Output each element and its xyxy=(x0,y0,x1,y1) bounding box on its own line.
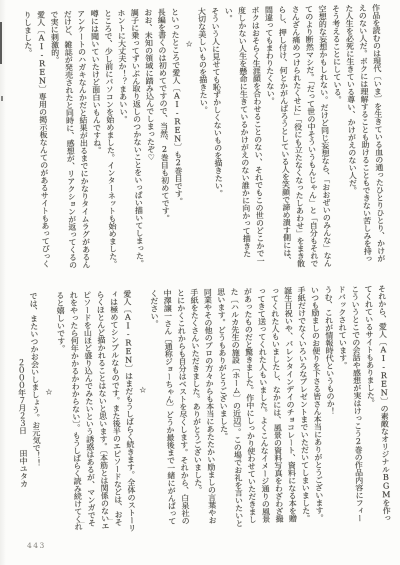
afterword-paragraph: 誕生日祝いや、バレンタインデイのチョコレート、資料になる本を贈ってくれた人もいま… xyxy=(214,286,300,531)
afterword-text-block: 作品を読むのは現代〔いま〕を生きている血の通ったひとりひとり、かけがえのない人だ… xyxy=(6,3,394,541)
afterword-paragraph: 愛人〔AI-REN〕専用の掲示板なんてのがあるサイトもあってびっくりしました。 xyxy=(21,11,53,274)
afterword-paragraph: 作品を読むのは現代〔いま〕を生きている血の通ったひとりひとり、かけがえのない人だ… xyxy=(342,3,388,266)
scan-edge-shadow xyxy=(0,0,6,565)
afterword-paragraph: それから、愛人〔AI-REN〕の素敵なオリジナルBGMを作ってくれているサイトも… xyxy=(362,284,394,528)
text-band-top: 作品を読むのは現代〔いま〕を生きている血の通ったひとりひとり、かけがえのない人だ… xyxy=(6,3,388,273)
scanned-book-page: 作品を読むのは現代〔いま〕を生きている血の通ったひとりひとり、かけがえのない人だ… xyxy=(0,0,400,565)
page-number: 443 xyxy=(27,541,46,550)
afterword-paragraph: 空想的な妄想かもしれない。だけど同じ妄想なら、「おおぜいのみんな」なんてのより断… xyxy=(262,5,335,268)
scan-artifact xyxy=(0,22,2,64)
afterword-paragraph: 愛人〔AI-REN〕はまだもうしばらく続きます。全体のストーリィは極めてシンプル… xyxy=(53,290,139,535)
ink-bleed-mark xyxy=(108,519,113,523)
afterword-paragraph: 同業やその他のプロの方々からも本当にあたたかい励ましの言葉やお手紙をたくさんいた… xyxy=(187,288,219,532)
scan-artifact xyxy=(1,96,3,101)
afterword-paragraph: ボクはおそらく生涯顔を合わせることのない、それでもこの世のどこかで一度しかない人… xyxy=(222,6,268,269)
afterword-paragraph: とにかくこれからも自分はベストを尽くします。それから、白泉社の中澤譲一さん〔通称… xyxy=(147,289,192,533)
afterword-paragraph: いつも励ましのお便りを下さる皆さん本当にありがとうございます。手紙だけでなくいろ… xyxy=(295,286,327,530)
afterword-paragraph: アンケートのハガキなんかだと結果が出るまでにかなりタイムラグがあるんだけど、雑誌… xyxy=(47,10,93,273)
afterword-paragraph: こういうとこでの会話や感想が実はけっこう2巻の作品内容にフィードバックされていま… xyxy=(335,285,367,529)
text-band-bottom: それから、愛人〔AI-REN〕の素敵なオリジナルBGMを作ってくれているサイトも… xyxy=(11,284,393,535)
